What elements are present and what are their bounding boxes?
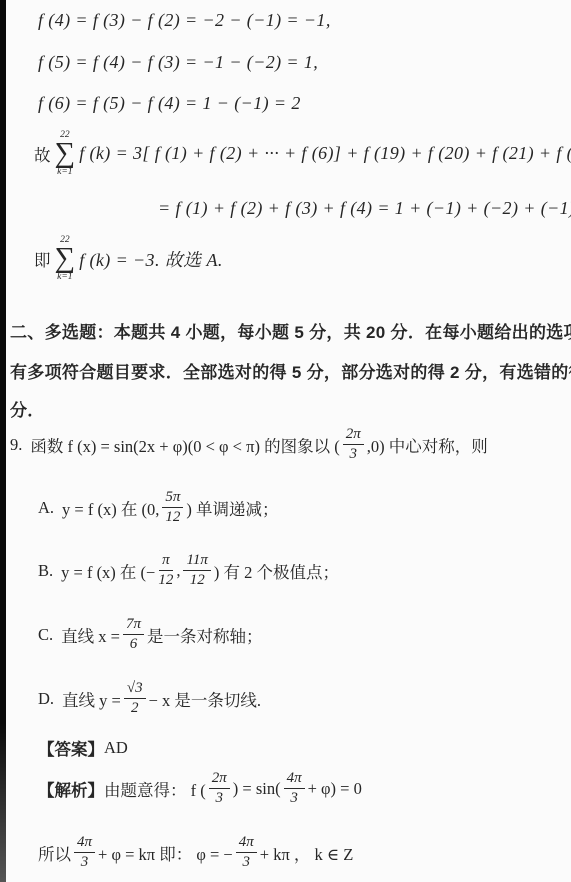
conclusion-text-before: 所以 xyxy=(38,841,71,865)
formula-line-sum: 故 22 ∑ k=1 f (k) = 3[ f (1) + f (2) + ··… xyxy=(34,131,571,177)
fraction-denominator: 3 xyxy=(81,853,89,871)
option-c: C. 直线 x = 7π 6 是一条对称轴； xyxy=(38,616,262,654)
fraction-numerator: π xyxy=(159,552,173,571)
scan-edge-artifact xyxy=(0,0,6,882)
prefix-text: 故 xyxy=(34,142,51,166)
option-text-before: 直线 y = xyxy=(62,687,121,711)
analysis-text-between: ) = sin( xyxy=(233,779,281,799)
formula-line-f5: f (5) = f (4) − f (3) = −1 − (−2) = 1, xyxy=(38,52,318,73)
formula-line-conclusion: 即 22 ∑ k=1 f (k) = −3. 故选 A. xyxy=(34,236,223,282)
question-number: 9. xyxy=(10,435,22,455)
option-text-before: 直线 x = xyxy=(61,623,120,647)
fraction-numerator: 2π xyxy=(209,770,230,789)
formula-line-f6: f (6) = f (5) − f (4) = 1 − (−1) = 2 xyxy=(38,93,301,114)
option-b: B. y = f (x) 在 (− π 12 , 11π 12 ) 有 2 个极… xyxy=(38,552,339,590)
header-text: 二、多选题：本题共 4 小题，每小题 5 分，共 20 分．在每小题给出的选项中… xyxy=(10,318,571,343)
fraction-numerator: 5π xyxy=(162,489,183,508)
document-page: f (4) = f (3) − f (2) = −2 − (−1) = −1, … xyxy=(0,0,571,882)
fraction-denominator: 12 xyxy=(165,508,180,526)
formula-text: = f (1) + f (2) + f (3) + f (4) = 1 + (−… xyxy=(158,198,571,219)
section-header-line2: 有多项符合题目要求．全部选对的得 5 分，部分选对的得 2 分，有选错的得 0 xyxy=(10,358,571,383)
option-text-between: , xyxy=(176,561,180,581)
fraction: 2π 3 xyxy=(343,426,364,464)
fraction-numerator: 4π xyxy=(74,834,95,853)
formula-text: f (4) = f (3) − f (2) = −2 − (−1) = −1, xyxy=(38,10,331,31)
option-text-after: − x 是一条切线. xyxy=(149,687,261,711)
option-text-before: y = f (x) 在 (− xyxy=(61,559,155,583)
fraction-numerator: √3 xyxy=(124,680,146,699)
section-header-line3: 分． xyxy=(10,396,45,421)
option-label: A. xyxy=(38,498,54,518)
option-label: C. xyxy=(38,625,53,645)
stem-text-after: ,0) 中心对称，则 xyxy=(367,433,488,457)
answer-value: AD xyxy=(104,738,128,758)
option-text-after: 是一条对称轴； xyxy=(147,623,263,647)
question9-stem: 9. 函数 f (x) = sin(2x + φ)(0 < φ < π) 的图象… xyxy=(10,426,488,464)
answer-label: 【答案】 xyxy=(38,736,104,760)
analysis-line: 【解析】 由题意得： f ( 2π 3 ) = sin( 4π 3 + φ) =… xyxy=(38,770,362,808)
fraction: 4π 3 xyxy=(74,834,95,872)
sigma-icon: ∑ xyxy=(55,245,76,273)
summation-symbol: 22 ∑ k=1 xyxy=(55,236,76,282)
fraction-denominator: 3 xyxy=(243,853,251,871)
summation-lower-limit: k=1 xyxy=(57,273,72,282)
conclusion-text-after: + kπ ， k ∈ Z xyxy=(260,841,354,865)
summation-lower-limit: k=1 xyxy=(57,168,72,177)
fraction: 2π 3 xyxy=(209,770,230,808)
prefix-text: 即 xyxy=(34,247,51,271)
fraction-denominator: 12 xyxy=(158,571,173,589)
stem-text-before: 函数 f (x) = sin(2x + φ)(0 < φ < π) 的图象以 ( xyxy=(30,433,339,457)
option-label: B. xyxy=(38,561,53,581)
fraction-denominator: 3 xyxy=(290,789,298,807)
fraction: 11π 12 xyxy=(183,552,210,590)
formula-text: f (6) = f (5) − f (4) = 1 − (−1) = 2 xyxy=(38,93,301,114)
analysis-text-before: 由题意得： f ( xyxy=(104,777,206,801)
fraction-denominator: 2 xyxy=(131,699,139,717)
header-text: 分． xyxy=(10,396,45,421)
fraction: 5π 12 xyxy=(162,489,183,527)
fraction-numerator: 11π xyxy=(183,552,210,571)
fraction: √3 2 xyxy=(124,680,146,718)
fraction: 4π 3 xyxy=(284,770,305,808)
conclusion-text-between: + φ = kπ 即： φ = − xyxy=(98,841,233,865)
option-text-after: ) 单调递减； xyxy=(186,496,278,520)
fraction: π 12 xyxy=(158,552,173,590)
section-header-line1: 二、多选题：本题共 4 小题，每小题 5 分，共 20 分．在每小题给出的选项中… xyxy=(10,318,571,343)
formula-text: f (5) = f (4) − f (3) = −1 − (−2) = 1, xyxy=(38,52,318,73)
analysis-text-after: + φ) = 0 xyxy=(308,779,362,799)
sigma-icon: ∑ xyxy=(55,140,76,168)
fraction-denominator: 3 xyxy=(349,445,357,463)
fraction-denominator: 3 xyxy=(216,789,224,807)
answer-line: 【答案】 AD xyxy=(38,736,128,760)
option-a: A. y = f (x) 在 (0, 5π 12 ) 单调递减； xyxy=(38,489,278,527)
formula-line-f4: f (4) = f (3) − f (2) = −2 − (−1) = −1, xyxy=(38,10,331,31)
formula-text: f (k) = −3. 故选 A. xyxy=(79,246,223,272)
header-text: 有多项符合题目要求．全部选对的得 5 分，部分选对的得 2 分，有选错的得 0 xyxy=(10,358,571,383)
option-label: D. xyxy=(38,689,54,709)
fraction: 4π 3 xyxy=(236,834,257,872)
formula-line-continuation: = f (1) + f (2) + f (3) + f (4) = 1 + (−… xyxy=(158,198,571,219)
option-d: D. 直线 y = √3 2 − x 是一条切线. xyxy=(38,680,261,718)
conclusion-line: 所以 4π 3 + φ = kπ 即： φ = − 4π 3 + kπ ， k … xyxy=(38,834,353,872)
fraction-numerator: 7π xyxy=(123,616,144,635)
fraction: 7π 6 xyxy=(123,616,144,654)
fraction-denominator: 12 xyxy=(190,571,205,589)
summation-symbol: 22 ∑ k=1 xyxy=(55,131,76,177)
option-text-before: y = f (x) 在 (0, xyxy=(62,496,159,520)
fraction-numerator: 4π xyxy=(236,834,257,853)
formula-text: f (k) = 3[ f (1) + f (2) + ··· + f (6)] … xyxy=(79,143,571,164)
fraction-numerator: 2π xyxy=(343,426,364,445)
analysis-label: 【解析】 xyxy=(38,777,104,801)
fraction-denominator: 6 xyxy=(130,635,138,653)
fraction-numerator: 4π xyxy=(284,770,305,789)
option-text-after: ) 有 2 个极值点； xyxy=(214,559,339,583)
